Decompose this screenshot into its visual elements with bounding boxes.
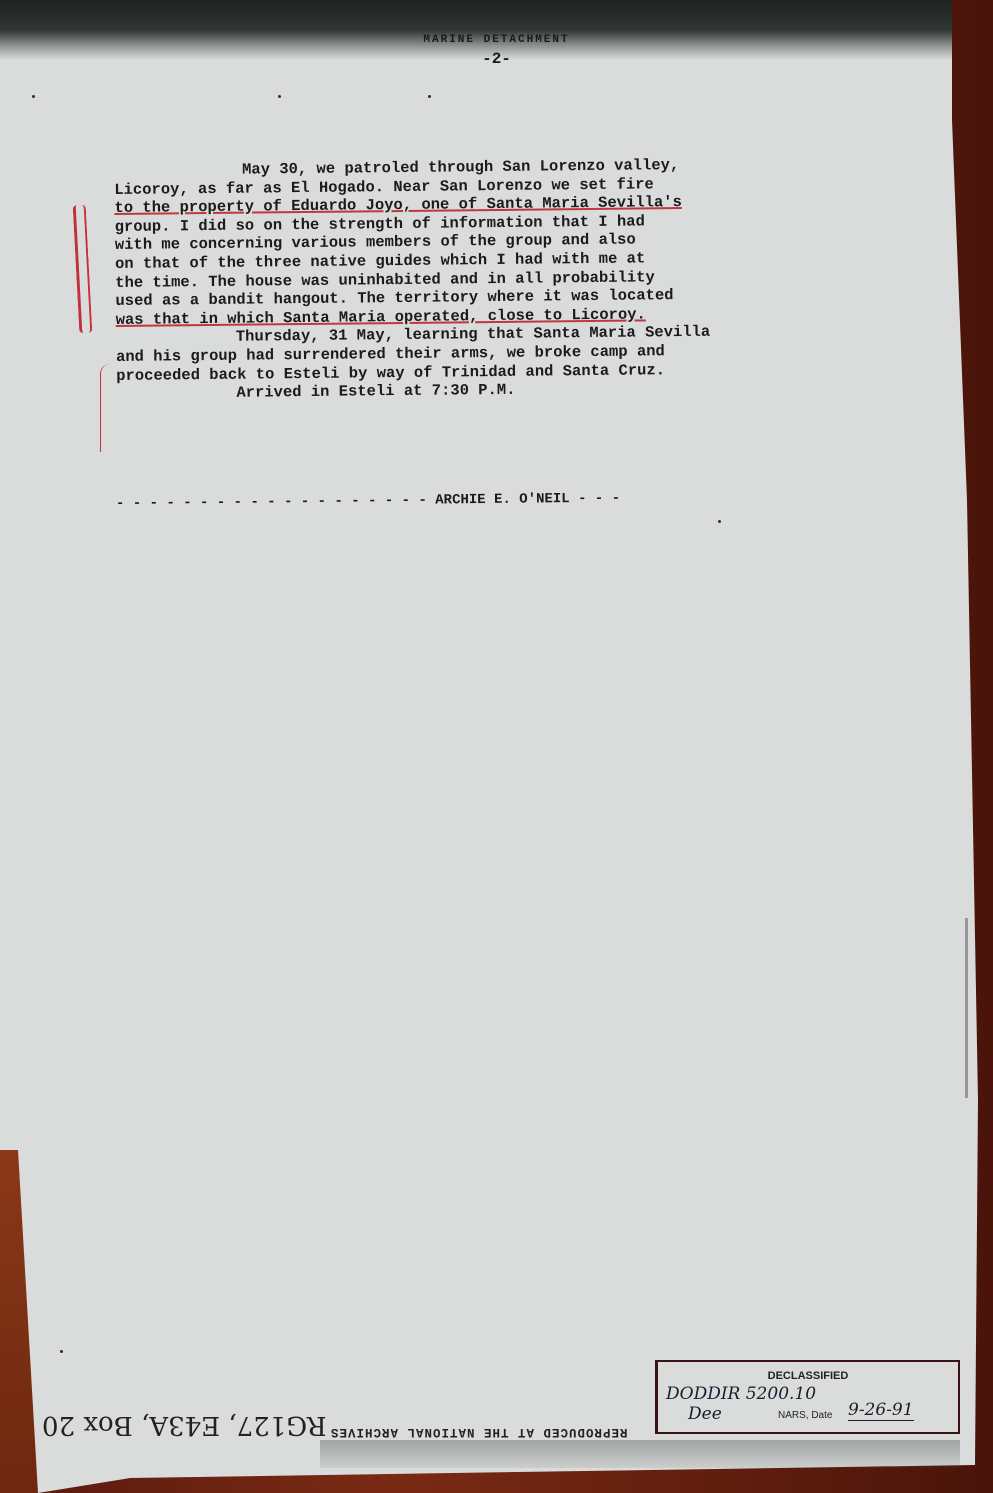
stamp-date: 9-26-91	[848, 1400, 914, 1421]
stamp-initials: Dee	[688, 1404, 722, 1424]
speck	[32, 95, 35, 98]
copy-streak	[965, 918, 968, 1098]
speck	[60, 1350, 63, 1353]
document-header: MARINE DETACHMENT	[0, 34, 993, 46]
page-number: -2-	[0, 50, 993, 68]
handwritten-reference: RG127, E43A, Box 20	[42, 1410, 327, 1440]
national-archives-stamp: REPRODUCED AT THE NATIONAL ARCHIVES	[330, 1425, 628, 1439]
speck	[428, 95, 431, 98]
speck	[278, 95, 281, 98]
stamp-authority: DODDIR 5200.10	[666, 1384, 816, 1404]
red-margin-bracket	[100, 364, 111, 452]
report-body: May 30, we patroled through San Lorenzo …	[114, 154, 856, 403]
declassification-stamp: DECLASSIFIED DODDIR 5200.10 Dee NARS, Da…	[655, 1360, 960, 1434]
speck	[718, 520, 721, 523]
copy-smudge	[320, 1440, 960, 1468]
stamp-nars-label: NARS, Date	[778, 1410, 832, 1421]
stamp-title: DECLASSIFIED	[658, 1370, 958, 1382]
